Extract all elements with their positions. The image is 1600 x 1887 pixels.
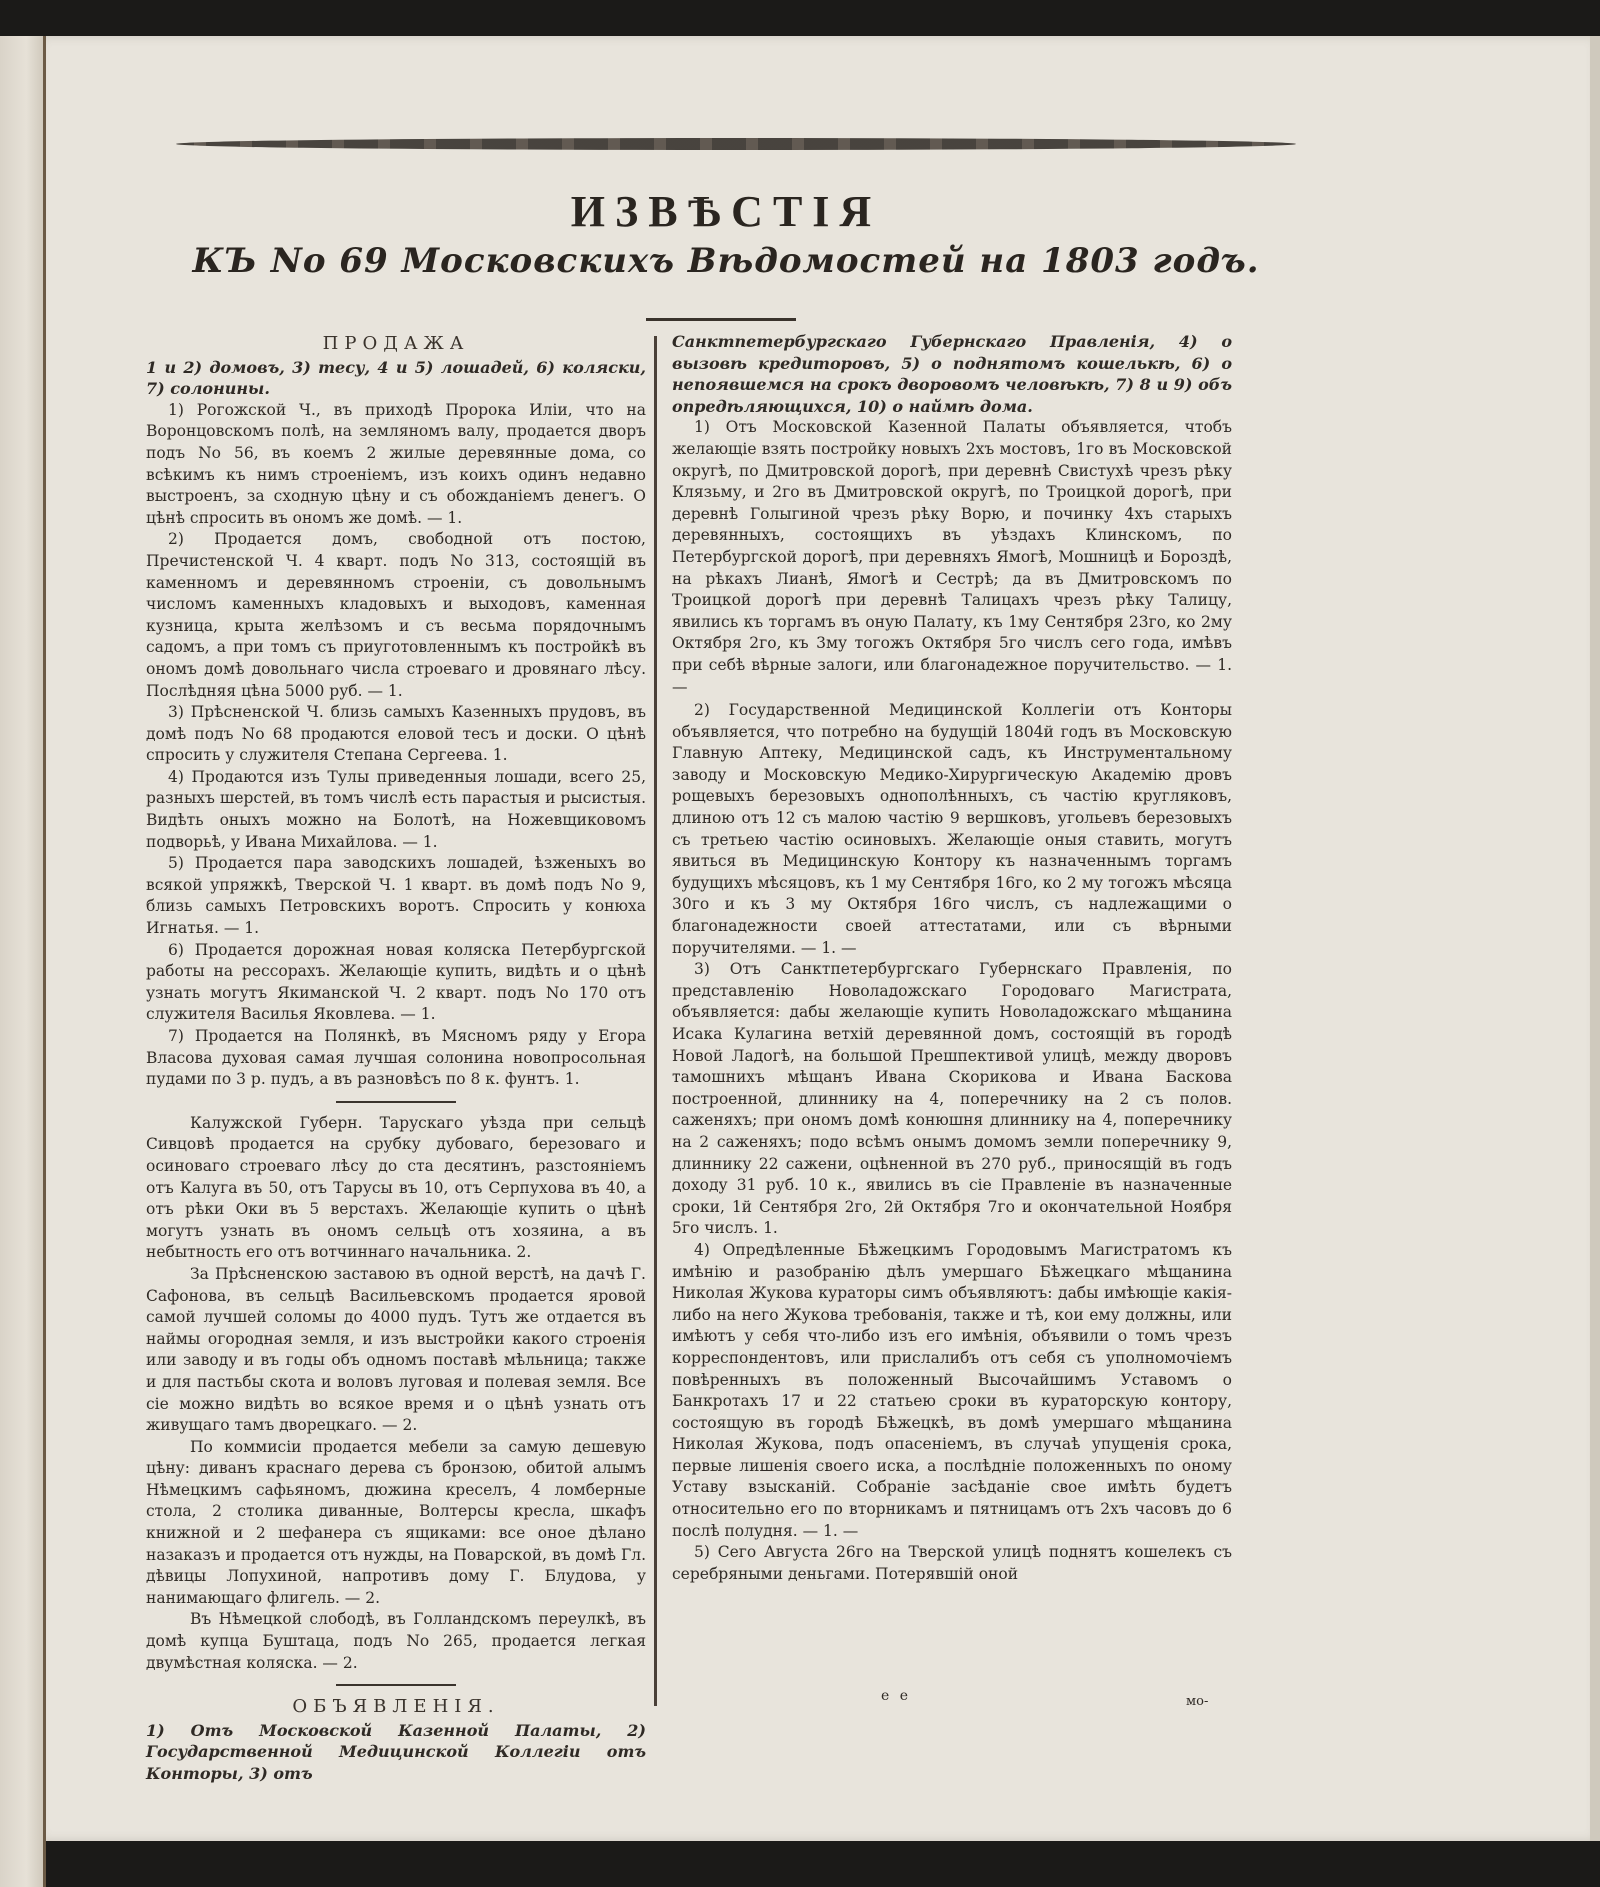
sale-extra-item: По коммисіи продается мебели за самую де… bbox=[146, 1437, 646, 1610]
sale-item: 7) Продается на Полянкѣ, въ Мясномъ ряду… bbox=[146, 1026, 646, 1091]
newspaper-page: ИЗВѢСТІЯ КЪ No 69 Московскихъ Вѣдомостей… bbox=[46, 36, 1600, 1841]
catchword: мо- bbox=[1186, 1694, 1208, 1709]
page-edge bbox=[1590, 36, 1600, 1841]
announcement-item: 1) Отъ Московской Казенной Палаты объявл… bbox=[672, 417, 1232, 698]
announcement-item: 5) Сего Августа 26го на Тверской улицѣ п… bbox=[672, 1542, 1232, 1585]
sale-extra-item: Въ Нѣмецкой слободѣ, въ Голландскомъ пер… bbox=[146, 1609, 646, 1674]
section-rule bbox=[336, 1101, 456, 1103]
sale-item: 1) Рогожской Ч., въ приходѣ Пророка Иліи… bbox=[146, 400, 646, 530]
sale-index: 1 и 2) домовъ, 3) тесу, 4 и 5) лошадей, … bbox=[146, 357, 646, 400]
sale-heading: ПРОДАЖА bbox=[146, 333, 646, 355]
sale-item: 2) Продается домъ, свободной отъ постою,… bbox=[146, 529, 646, 702]
sale-item: 3) Прѣсненской Ч. близь самыхъ Казенныхъ… bbox=[146, 702, 646, 767]
ornamental-rule bbox=[176, 138, 1296, 150]
announcements-index: 1) Отъ Московской Казенной Палаты, 2) Го… bbox=[146, 1720, 646, 1785]
announcements-index-continued: Санктпетербургскаго Губернскаго Правлені… bbox=[672, 331, 1232, 417]
announcement-item: 2) Государственной Медицинской Коллегіи … bbox=[672, 700, 1232, 959]
signature-marks: e e bbox=[881, 1688, 911, 1704]
left-column: ПРОДАЖА 1 и 2) домовъ, 3) тесу, 4 и 5) л… bbox=[146, 331, 646, 1785]
sale-extra-item: Калужской Губерн. Тарускаго уѣзда при се… bbox=[146, 1113, 646, 1264]
adjacent-page-edge bbox=[0, 36, 44, 1887]
sale-item: 4) Продаются изъ Тулы приведенныя лошади… bbox=[146, 767, 646, 853]
sale-item: 6) Продается дорожная новая коляска Пете… bbox=[146, 940, 646, 1026]
sale-extra-item: За Прѣсненскою заставою въ одной верстѣ,… bbox=[146, 1264, 646, 1437]
announcements-heading: ОБЪЯВЛЕНІЯ. bbox=[146, 1696, 646, 1718]
right-column: Санктпетербургскаго Губернскаго Правлені… bbox=[656, 331, 1232, 1585]
masthead: ИЗВѢСТІЯ КЪ No 69 Московскихъ Вѣдомостей… bbox=[146, 186, 1306, 281]
masthead-subtitle: КЪ No 69 Московскихъ Вѣдомостей на 1803 … bbox=[146, 241, 1306, 281]
sale-item: 5) Продается пара заводскихъ лошадей, ѣз… bbox=[146, 853, 646, 939]
masthead-title: ИЗВѢСТІЯ bbox=[146, 186, 1306, 237]
masthead-rule bbox=[646, 318, 796, 321]
section-rule bbox=[336, 1684, 456, 1686]
announcement-item: 4) Опредѣленные Бѣжецкимъ Городовымъ Маг… bbox=[672, 1240, 1232, 1542]
announcement-item: 3) Отъ Санктпетербургскаго Губернскаго П… bbox=[672, 959, 1232, 1240]
